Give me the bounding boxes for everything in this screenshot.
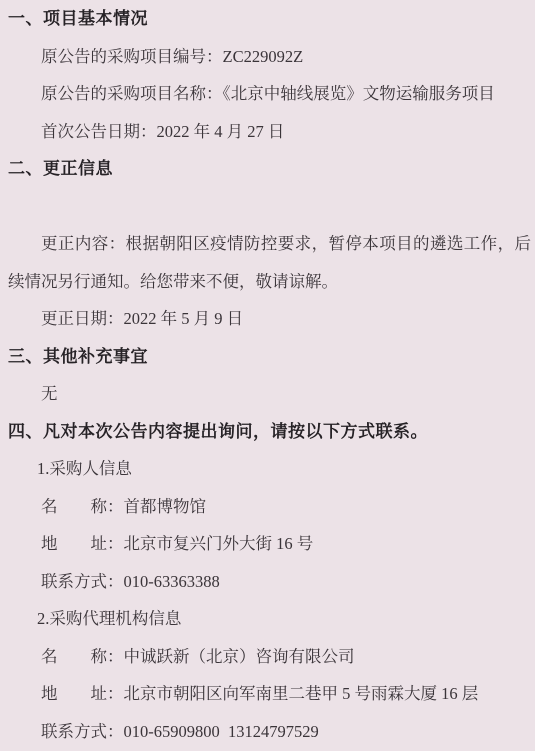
- purchaser-contact: 联系方式：010-63363388: [8, 563, 531, 601]
- purchaser-info-title: 1.采购人信息: [8, 450, 531, 488]
- section-other-matters-heading: 三、其他补充事宜: [8, 338, 531, 376]
- purchaser-name: 名 称：首都博物馆: [8, 488, 531, 526]
- original-project-number: 原公告的采购项目编号：ZC229092Z: [8, 38, 531, 76]
- first-announcement-date: 首次公告日期：2022 年 4 月 27 日: [8, 113, 531, 151]
- agency-info-title: 2.采购代理机构信息: [8, 600, 531, 638]
- correction-date: 更正日期：2022 年 5 月 9 日: [8, 300, 531, 338]
- other-matters-content: 无: [8, 375, 531, 413]
- original-project-name: 原公告的采购项目名称：《北京中轴线展览》文物运输服务项目: [8, 75, 531, 113]
- agency-address: 地 址：北京市朝阳区向军南里二巷甲 5 号雨霖大厦 16 层: [8, 675, 531, 713]
- agency-name: 名 称：中诚跃新（北京）咨询有限公司: [8, 638, 531, 676]
- section-correction-heading: 二、更正信息: [8, 150, 531, 188]
- correction-notice-document: 一、项目基本情况 原公告的采购项目编号：ZC229092Z 原公告的采购项目名称…: [0, 0, 535, 751]
- section-basic-info-heading: 一、项目基本情况: [8, 0, 531, 38]
- agency-contact: 联系方式：010-65909800 13124797529: [8, 713, 531, 751]
- correction-items-line: 更正事项：☼采购公告□采购文件□采购结果: [8, 188, 531, 226]
- purchaser-address: 地 址：北京市复兴门外大街 16 号: [8, 525, 531, 563]
- correction-content: 更正内容：根据朝阳区疫情防控要求，暂停本项目的遴选工作，后续情况另行通知。给您带…: [8, 225, 531, 300]
- section-contact-heading: 四、凡对本次公告内容提出询问，请按以下方式联系。: [8, 413, 531, 451]
